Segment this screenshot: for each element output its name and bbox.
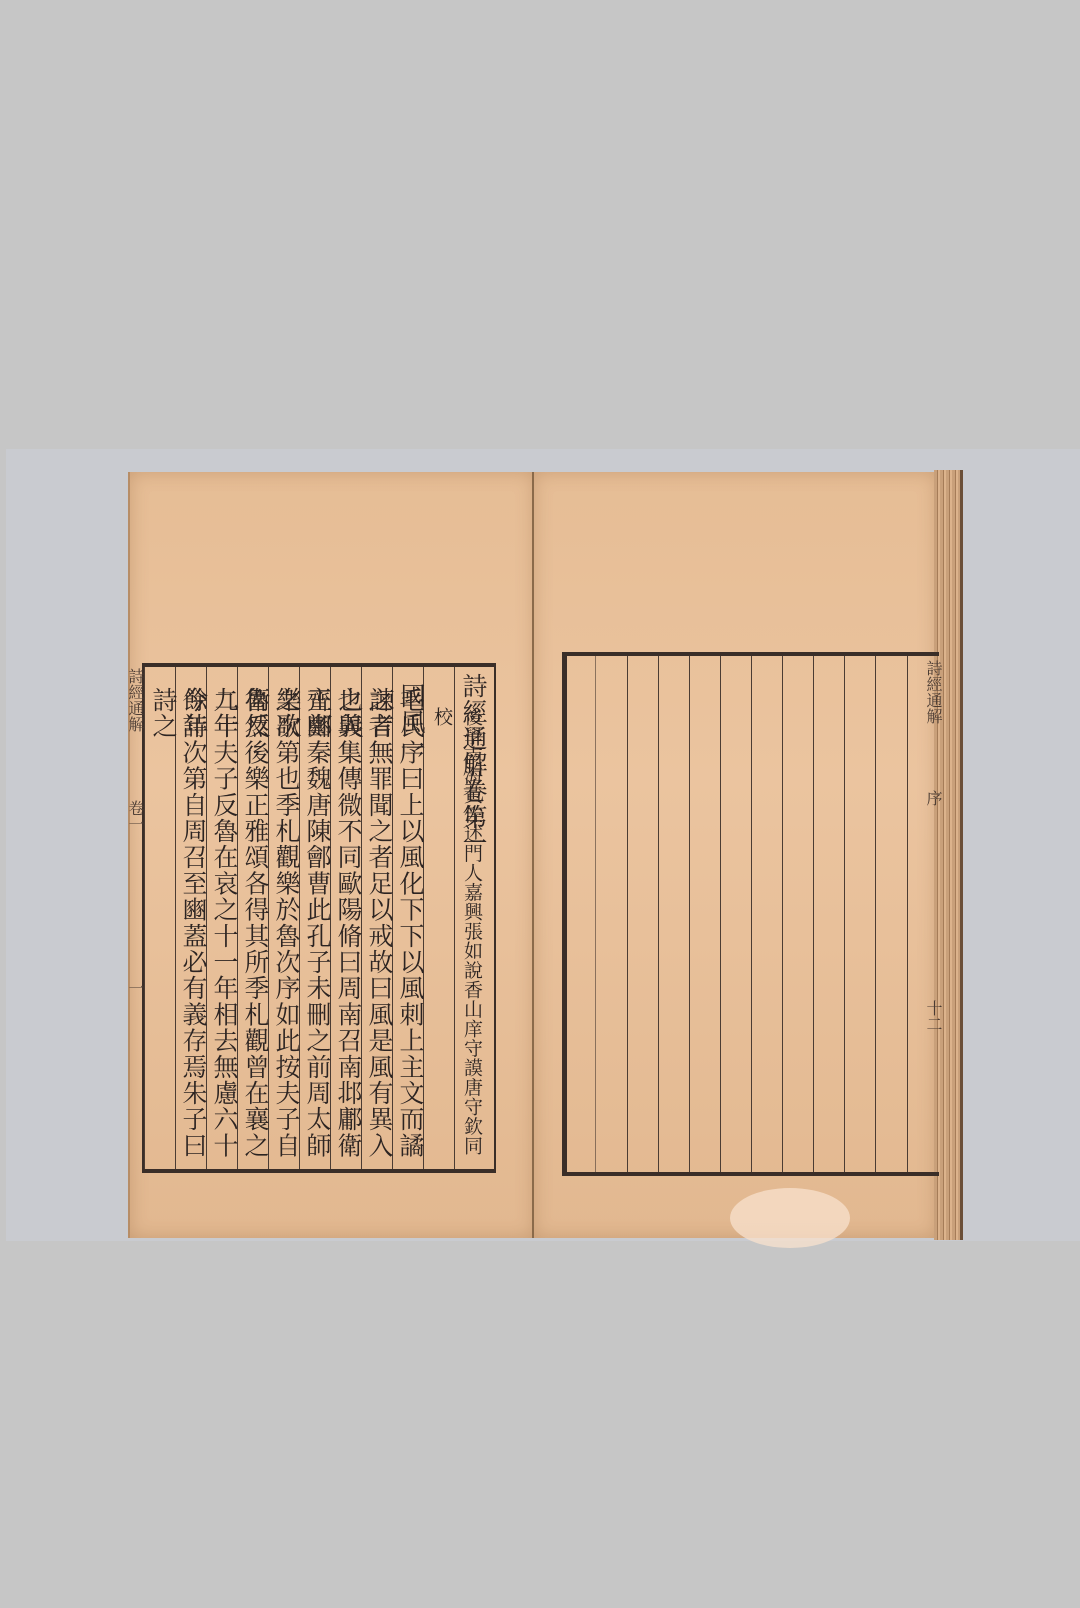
- text-column: 今詩次第自周召至豳蓋必有義存焉朱子曰詩之: [148, 687, 208, 1169]
- left-text-frame: 詩經通解卷第一 後學南海黃佐述門人嘉興張如說香山庠守謨唐守欽同校 國風一 毛氏序…: [142, 663, 496, 1173]
- right-margin-page-number: 十二: [922, 1000, 945, 1032]
- right-margin-section: 序: [922, 790, 945, 806]
- paper-stain: [730, 1188, 850, 1248]
- right-ruled-frame: [562, 652, 939, 1176]
- left-margin-title: 詩經通解: [124, 668, 147, 732]
- author-column: 後學南海黃佐述門人嘉興張如說香山庠守謨唐守欽同校: [427, 707, 487, 1169]
- left-margin-volume: 卷一: [124, 800, 147, 832]
- left-margin-page-number: 一: [124, 980, 147, 996]
- right-margin-title: 詩經通解: [922, 660, 945, 724]
